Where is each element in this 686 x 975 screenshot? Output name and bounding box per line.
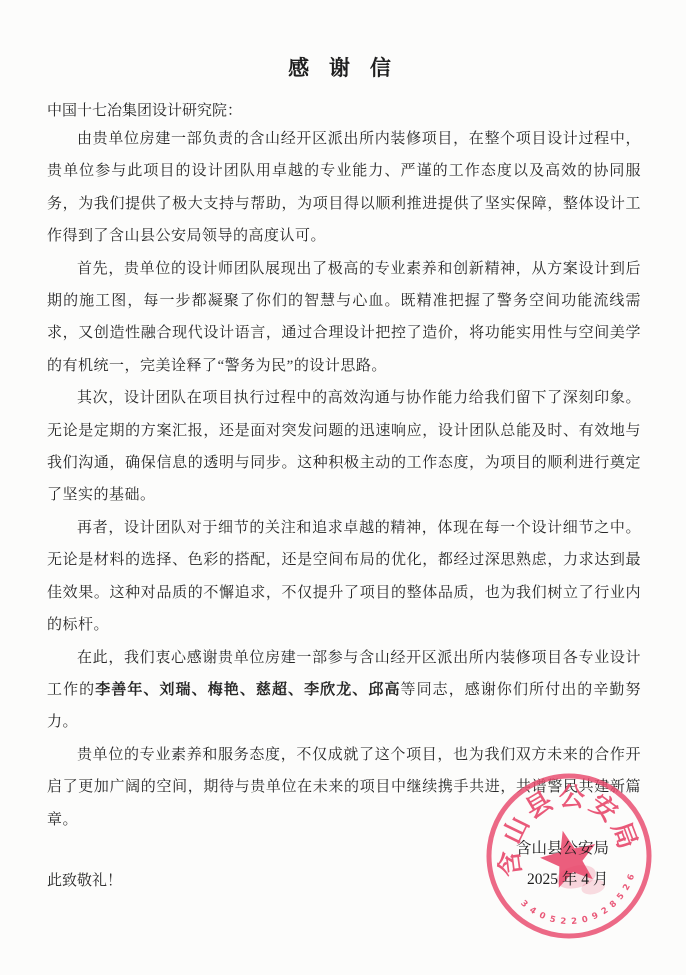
svg-text:2: 2 [560,917,567,927]
svg-text:4: 4 [527,905,538,917]
salutation: 中国十七冶集团设计研究院： [47,99,641,123]
paragraph-3: 其次，设计团队在项目执行过程中的高效沟通与协作能力给我们留下了深刻印象。无论是定… [47,382,641,512]
svg-text:0: 0 [581,914,589,925]
svg-text:2: 2 [600,905,610,917]
paragraph-1: 由贵单位房建一部负责的含山经开区派出所内装修项目，在整个项目设计过程中，贵单位参… [47,123,641,253]
letter-title: 感 谢 信 [0,52,686,82]
svg-text:8: 8 [608,899,619,910]
svg-text:公: 公 [558,782,585,812]
svg-text:5: 5 [548,914,556,925]
signature-date: 2025 年 4 月 [527,867,608,889]
svg-text:0: 0 [537,911,547,923]
letter-page: 感 谢 信 中国十七冶集团设计研究院： 由贵单位房建一部负责的含山经开区派出所内… [0,0,686,975]
svg-text:5: 5 [615,891,627,902]
svg-text:2: 2 [571,917,578,927]
paragraph-5: 在此，我们衷心感谢贵单位房建一部参与含山经开区派出所内装修项目各专业设计工作的李… [47,642,641,739]
svg-text:2: 2 [621,882,633,892]
signature-org: 含山县公安局 [516,836,609,858]
svg-text:县: 县 [520,786,557,824]
svg-text:3: 3 [518,899,529,910]
svg-text:6: 6 [626,873,637,882]
svg-text:局: 局 [606,818,642,853]
svg-text:9: 9 [591,911,600,923]
paragraph-2: 首先，贵单位的设计师团队展现出了极高的专业素养和创新精神，从方案设计到后期的施工… [47,253,641,383]
paragraph-4: 再者，设计团队对于细节的关注和追求卓越的精神，体现在每一个设计细节之中。无论是材… [47,512,641,642]
designer-names: 李善年、刘瑞、梅艳、慈超、李欣龙、邱高 [95,682,400,698]
